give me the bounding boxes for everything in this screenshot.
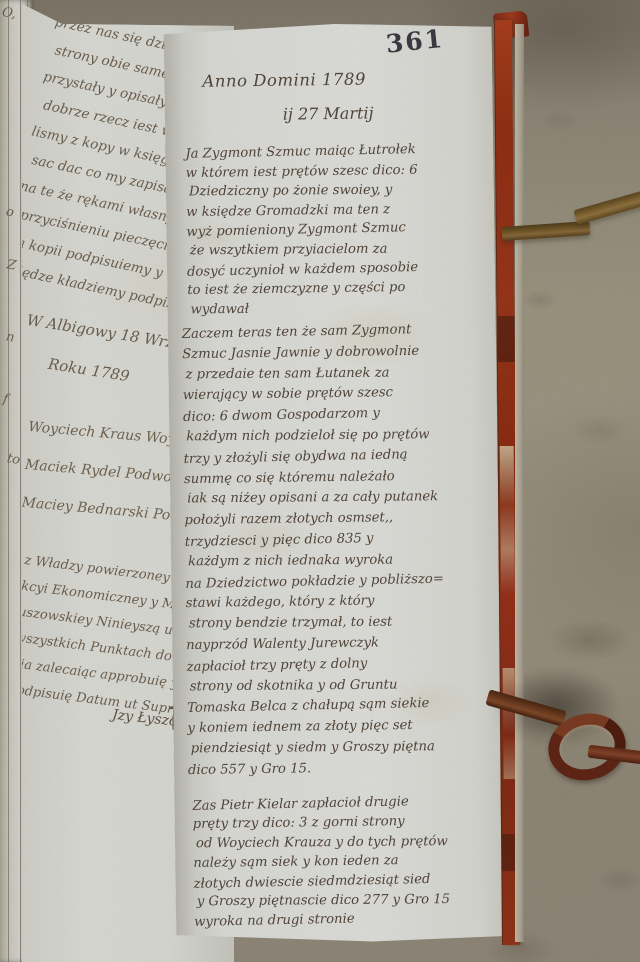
- handwritten-line: wydawał: [190, 298, 422, 320]
- page-number: 361: [385, 24, 446, 59]
- handwritten-line: iak są niżey opisani a za cały putanek: [187, 487, 446, 510]
- leather-tie-strap-top: [502, 190, 640, 254]
- page-edge-fragment: f: [2, 392, 9, 408]
- heading-anno-domini: Anno Domini 1789: [202, 70, 366, 91]
- handwritten-line: Dziedziczny po żonie swoiey, y: [189, 181, 421, 203]
- spine-wear-patch: [500, 445, 515, 593]
- right-page: 361 Anno Domini 1789 ij 27 Martij Ja Zyg…: [164, 22, 505, 944]
- handwritten-line: z przedaie ten sam Łutanek za: [185, 363, 444, 386]
- page-edge-fragment: to: [6, 451, 21, 468]
- handwritten-line: wyroka na drugi stronie: [194, 908, 448, 933]
- manuscript-photo: O,oZnfto przez nas się działa ystrony ob…: [0, 0, 640, 962]
- right-page-paragraph-3: Zas Pietr Kielar zapłacioł drugiepręty t…: [192, 792, 447, 931]
- handwritten-line: y koniem iednem za złoty pięc set: [187, 716, 446, 740]
- heading-date: ij 27 Martij: [283, 103, 374, 123]
- page-edge-fragment: o: [5, 204, 15, 220]
- right-page-paragraph-2: Zaczem teras ten że sam ZygmontSzmuc Jas…: [182, 321, 447, 782]
- right-page-paragraph-1: Ja Zygmont Szmuc maiąc Łutrołekw którem …: [185, 141, 419, 321]
- handwritten-line: piendziesiąt y siedm y Groszy piętna: [191, 737, 450, 760]
- handwritten-line: od Woyciech Krauza y do tych prętów: [196, 832, 449, 854]
- strap-segment: [573, 190, 640, 225]
- page-edge-fragment: Z: [6, 257, 18, 273]
- handwritten-line: strony bendzie trzymał, to iest: [189, 612, 448, 635]
- handwritten-line: dico 557 y Gro 15.: [188, 757, 447, 781]
- spine-dark-blotch: [498, 316, 515, 362]
- page-edge-fragment: O,: [1, 5, 17, 22]
- leather-tie-strap-bottom: [486, 672, 640, 812]
- page-edge-fragment: n: [5, 329, 16, 345]
